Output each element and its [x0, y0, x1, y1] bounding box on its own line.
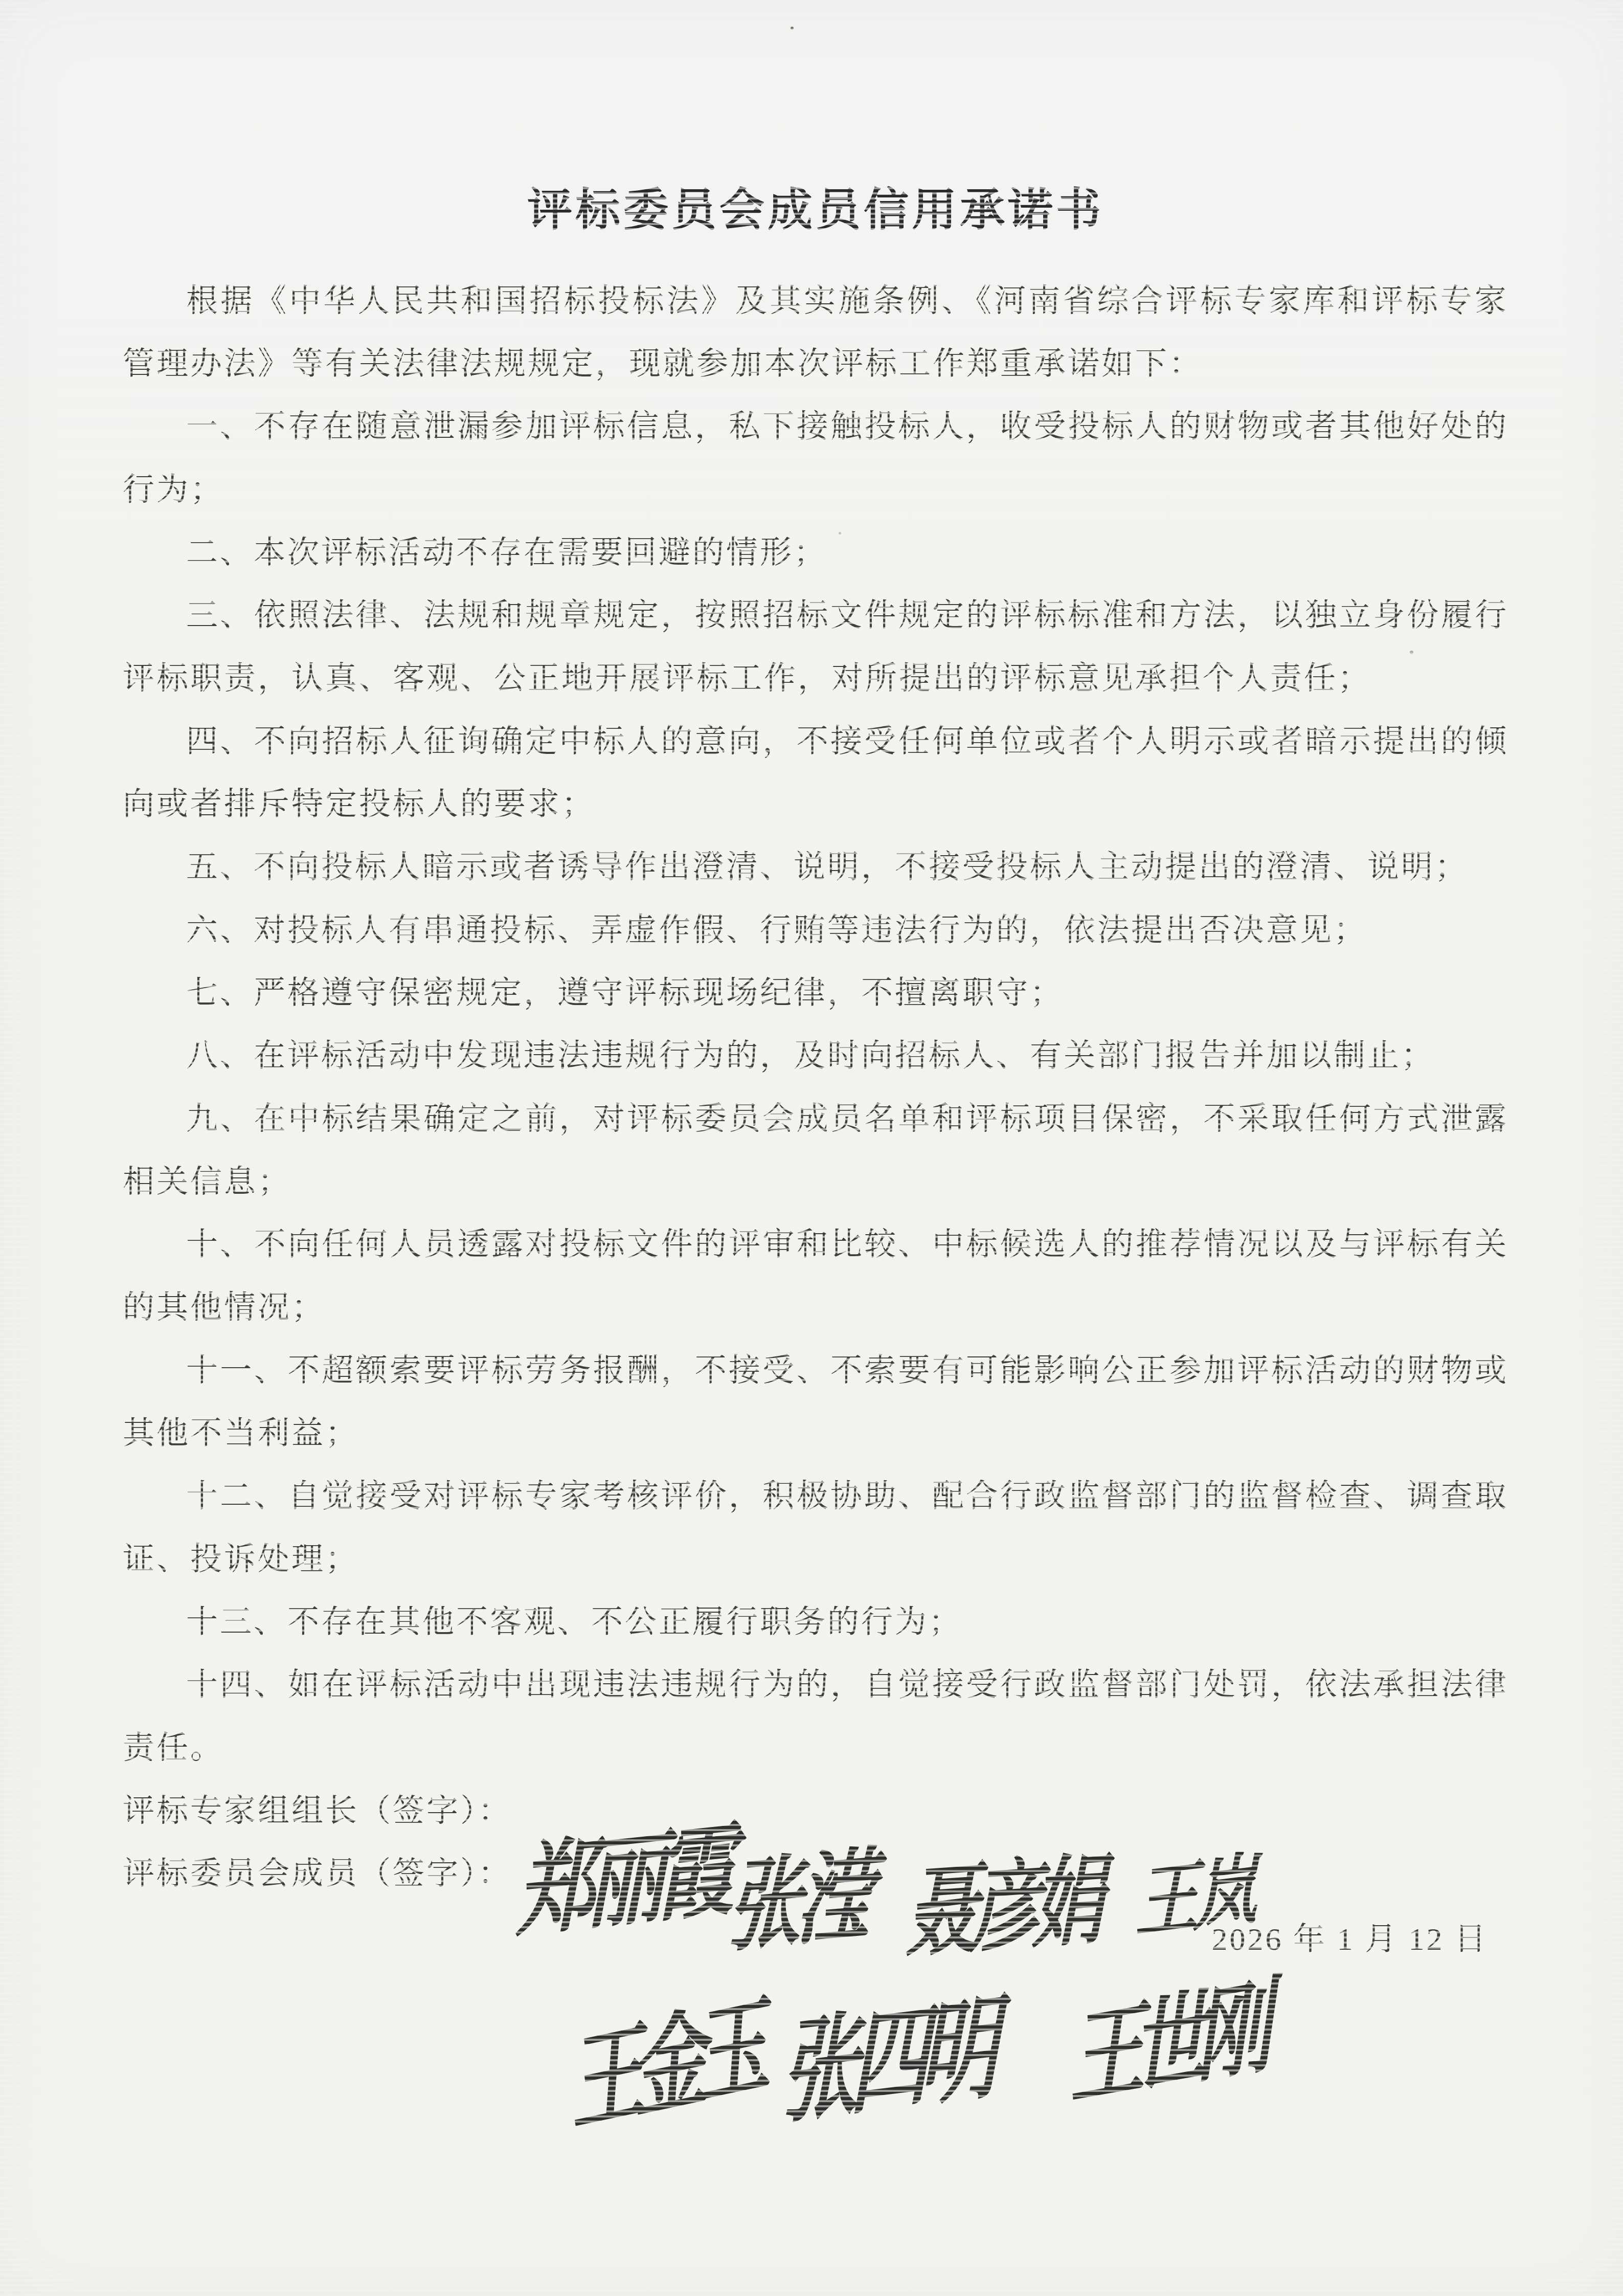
clause-02: 二、本次评标活动不存在需要回避的情形；	[123, 522, 1508, 585]
scan-speck	[791, 27, 794, 30]
clause-13: 十三、不存在其他不客观、不公正履行职务的行为；	[123, 1591, 1508, 1654]
member-signature-2: 张滢	[724, 1816, 872, 1971]
clause-14: 十四、如在评标活动中出现违法违规行为的，自觉接受行政监督部门处罚，依法承担法律责…	[123, 1654, 1508, 1780]
clause-11: 十一、不超额索要评标劳务报酬，不接受、不索要有可能影响公正参加评标活动的财物或其…	[123, 1340, 1508, 1465]
clause-12: 十二、自觉接受对评标专家考核评价，积极协助、配合行政监督部门的监督检查、调查取证…	[123, 1465, 1508, 1591]
member-signature-3: 聂彦娟	[905, 1823, 1097, 1975]
clause-03: 三、依照法律、法规和规章规定，按照招标文件规定的评标标准和方法，以独立身份履行评…	[123, 585, 1508, 710]
document-title: 评标委员会成员信用承诺书	[123, 185, 1508, 234]
scan-speck	[839, 532, 841, 534]
clause-10: 十、不向任何人员透露对投标文件的评审和比较、中标候选人的推荐情况以及与评标有关的…	[123, 1214, 1508, 1340]
clause-08: 八、在评标活动中发现违法违规行为的，及时向招标人、有关部门报告并加以制止；	[123, 1025, 1508, 1088]
member-signature-5: 王金玉	[560, 1963, 762, 2152]
clause-05: 五、不向投标人暗示或者诱导作出澄清、说明，不接受投标人主动提出的澄清、说明；	[123, 836, 1508, 899]
clause-06: 六、对投标人有串通投标、弄虚作假、行贿等违法行为的，依法提出否决意见；	[123, 899, 1508, 962]
clause-01: 一、不存在随意泄漏参加评标信息，私下接触投标人，收受投标人的财物或者其他好处的行…	[123, 396, 1508, 522]
member-signature-1: 郑丽霞	[516, 1791, 726, 1956]
clause-07: 七、严格遵守保密规定，遵守评标现场纪律，不擅离职守；	[123, 962, 1508, 1025]
clause-09: 九、在中标结果确定之前，对评标委员会成员名单和评标项目保密，不采取任何方式泄露相…	[123, 1088, 1508, 1214]
member-signature-6: 张四明	[780, 1959, 991, 2145]
member-signature-4: 王岚	[1135, 1827, 1252, 1953]
scan-speck	[1410, 651, 1413, 654]
intro-paragraph: 根据《中华人民共和国招标投标法》及其实施条例、《河南省综合评标专家库和评标专家管…	[123, 270, 1508, 396]
clause-04: 四、不向招标人征询确定中标人的意向，不接受任何单位或者个人明示或者暗示提出的倾向…	[123, 710, 1508, 836]
document-page: 评标委员会成员信用承诺书 根据《中华人民共和国招标投标法》及其实施条例、《河南省…	[0, 0, 1623, 2296]
member-signature-7: 王世刚	[1066, 1946, 1261, 2124]
